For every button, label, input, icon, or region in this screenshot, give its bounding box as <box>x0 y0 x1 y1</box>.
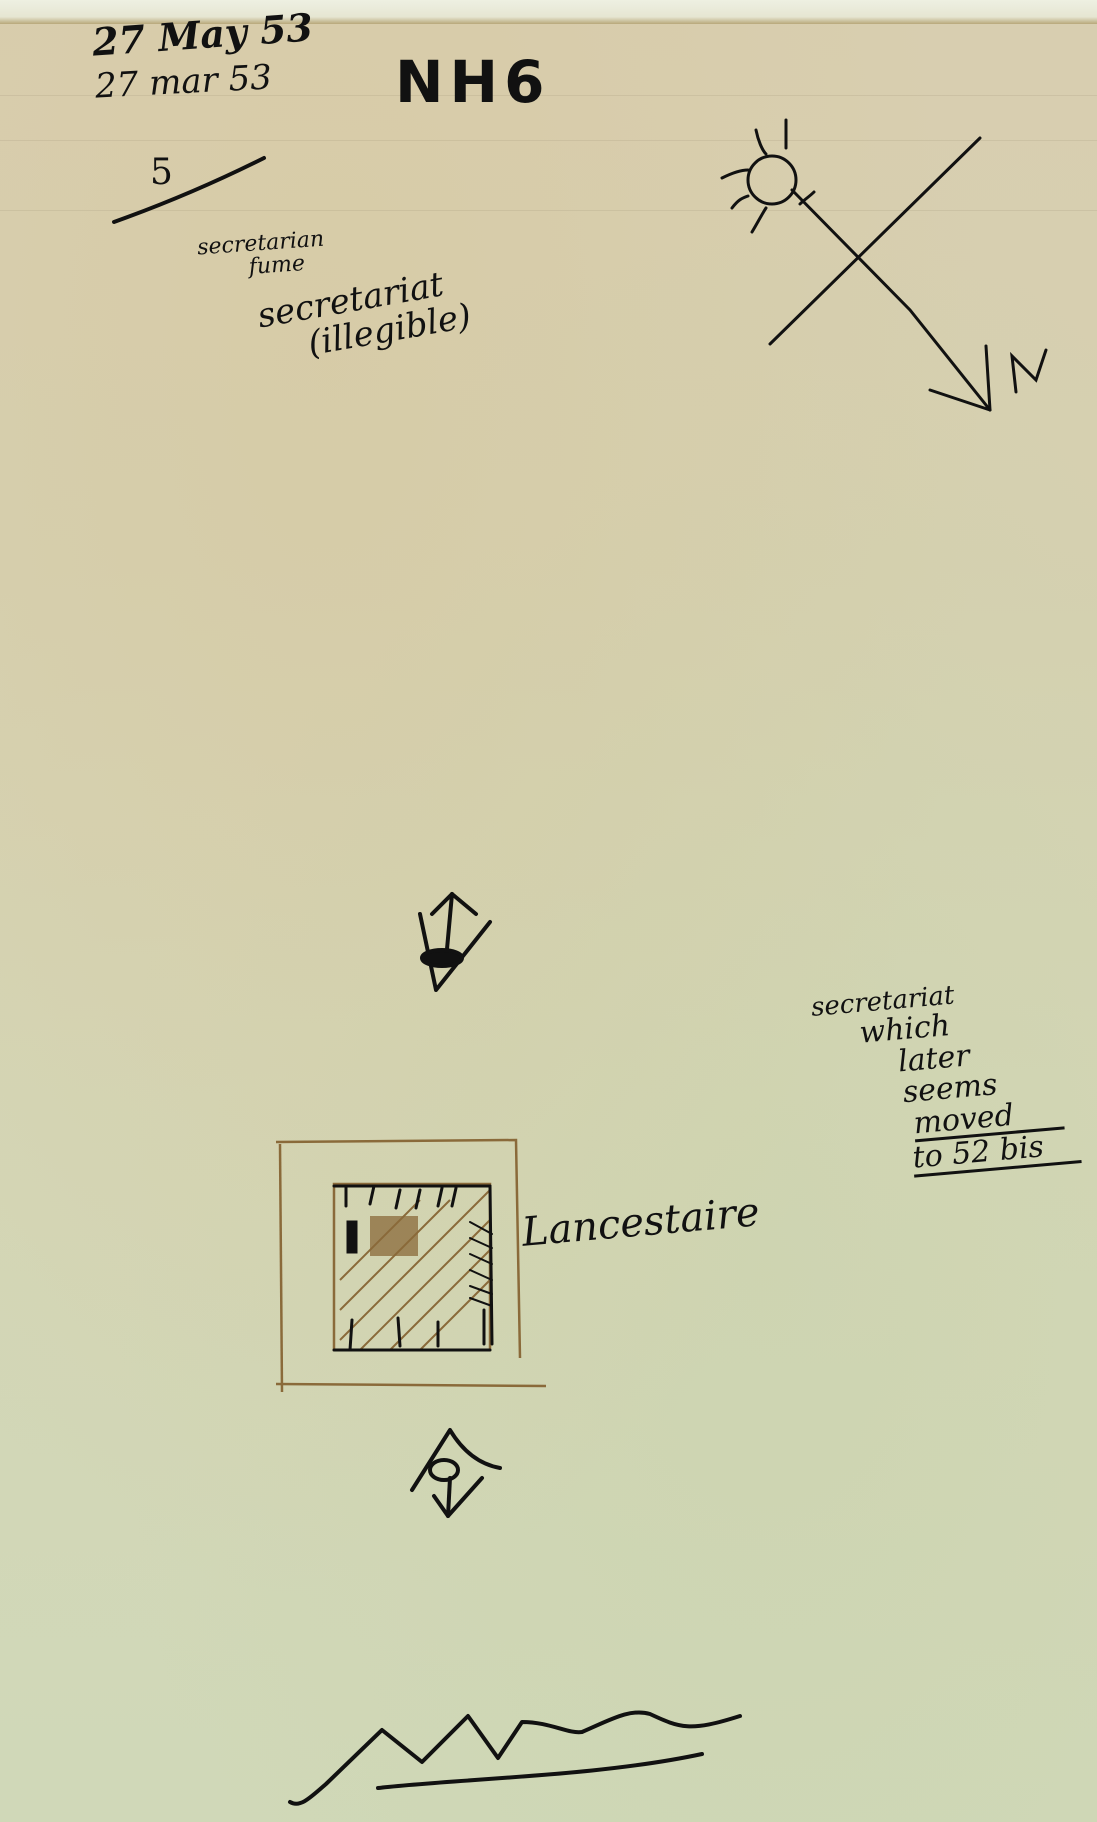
building-label: Lancestaire <box>520 1189 761 1256</box>
page-code: NH6 <box>395 48 550 116</box>
sun-icon <box>722 120 814 232</box>
arrow-down-symbol <box>390 1420 520 1550</box>
hatched-square-plan <box>270 1130 540 1400</box>
small-note-line-2: fume <box>248 251 326 279</box>
sepia-wash <box>370 1216 418 1256</box>
date-line-2: 27 mar 53 <box>94 57 273 106</box>
arrow-up-down-symbol <box>380 880 520 1010</box>
sun-orientation-sketch <box>700 100 1097 440</box>
mountain-horizon-line <box>270 1680 750 1822</box>
north-label-glyph <box>1012 350 1046 392</box>
page-number-stroke <box>100 150 280 230</box>
notebook-page: 27 May 53 27 mar 53 NH6 5 secretarian fu… <box>0 0 1097 1822</box>
side-note: secretariat which later seems moved to 5… <box>810 973 1082 1185</box>
main-note: secretariat (illegible) <box>255 264 474 371</box>
small-note: secretarian fume <box>197 228 327 283</box>
